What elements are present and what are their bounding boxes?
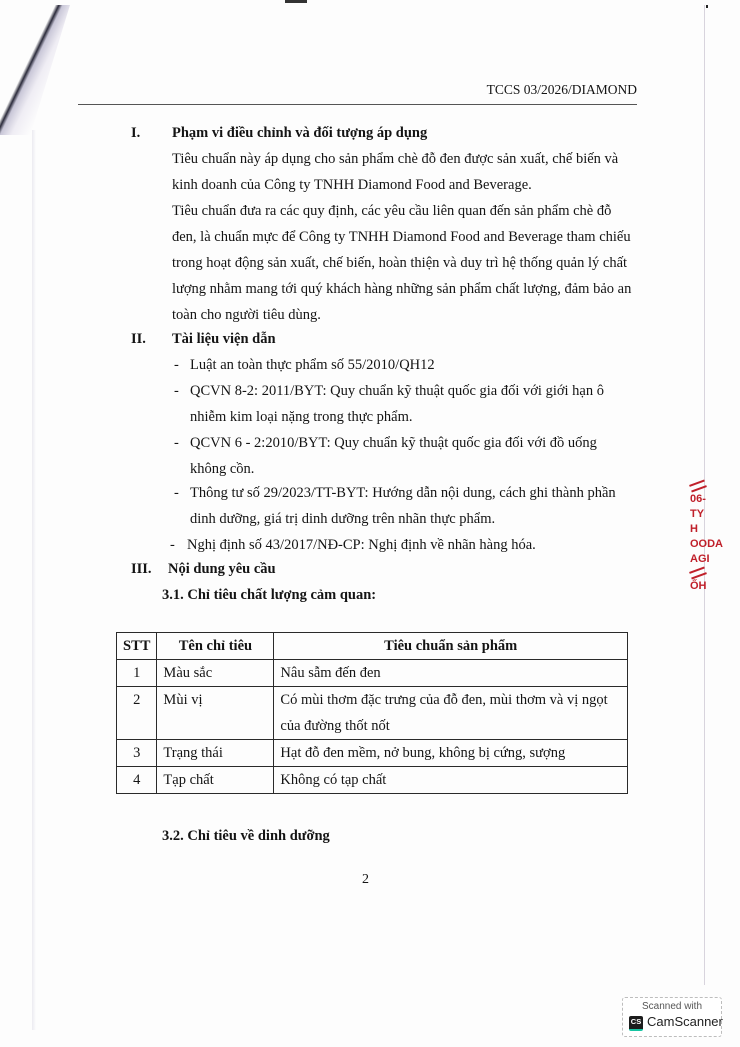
bullet-dash: - — [170, 536, 175, 554]
company-seal-stamp: 06- TY H OODA AGI ỐH — [690, 480, 710, 620]
cell-stt: 4 — [117, 767, 157, 794]
cell-criterion: Màu sắc — [157, 660, 274, 687]
column-header-standard: Tiêu chuẩn sản phẩm — [274, 633, 628, 660]
table-row: 2 Mùi vị Có mùi thơm đặc trưng của đỗ đe… — [117, 687, 628, 740]
cell-criterion: Tạp chất — [157, 767, 274, 794]
page-edge-shadow — [32, 130, 36, 1030]
bullet-dash: - — [174, 382, 179, 400]
section-1-line: Tiêu chuẩn này áp dụng cho sản phẩm chè … — [172, 150, 618, 168]
page-fold-shadow — [0, 5, 70, 135]
section-1-line: trong hoạt động sản xuất, chế biến, hoàn… — [172, 254, 627, 272]
watermark-caption: Scanned with — [623, 1001, 721, 1012]
camscanner-logo-icon: CS — [629, 1016, 643, 1031]
stamp-text: 06- — [690, 492, 710, 507]
table-header-row: STT Tên chỉ tiêu Tiêu chuẩn sản phẩm — [117, 633, 628, 660]
header-rule — [78, 104, 637, 105]
reference-item: QCVN 6 - 2:2010/BYT: Quy chuẩn kỹ thuật … — [190, 434, 597, 452]
section-1-numeral: I. — [131, 124, 140, 142]
reference-item: Nghị định số 43/2017/NĐ-CP: Nghị định về… — [187, 536, 536, 554]
cell-standard: Hạt đỗ đen mềm, nở bung, không bị cứng, … — [274, 740, 628, 767]
cell-criterion: Mùi vị — [157, 687, 274, 740]
section-1-title: Phạm vi điều chỉnh và đối tượng áp dụng — [172, 124, 427, 142]
cell-stt: 2 — [117, 687, 157, 740]
section-1-line: toàn cho người tiêu dùng. — [172, 306, 321, 324]
cell-standard: Không có tạp chất — [274, 767, 628, 794]
section-1-line: kinh doanh của Công ty TNHH Diamond Food… — [172, 176, 532, 194]
table-row: 4 Tạp chất Không có tạp chất — [117, 767, 628, 794]
section-3-numeral: III. — [131, 560, 152, 578]
section-1-line: Tiêu chuẩn đưa ra các quy định, các yêu … — [172, 202, 611, 220]
reference-item-cont: nhiễm kim loại nặng trong thực phẩm. — [190, 408, 413, 426]
sensory-quality-table: STT Tên chỉ tiêu Tiêu chuẩn sản phẩm 1 M… — [116, 632, 628, 794]
stamp-text: ỐH — [690, 579, 710, 594]
bullet-dash: - — [174, 434, 179, 452]
section-2-numeral: II. — [131, 330, 146, 348]
table-row: 1 Màu sắc Nâu sẫm đến đen — [117, 660, 628, 687]
cell-stt: 3 — [117, 740, 157, 767]
stamp-arc — [689, 480, 707, 493]
column-header-stt: STT — [117, 633, 157, 660]
cell-criterion: Trạng thái — [157, 740, 274, 767]
stamp-text: AGI — [690, 552, 710, 567]
stamp-text: H — [690, 522, 710, 537]
cell-standard: Có mùi thơm đặc trưng của đỗ đen, mùi th… — [274, 687, 628, 740]
reference-item-cont: dinh dưỡng, giá trị dinh dưỡng trên nhãn… — [190, 510, 495, 528]
stamp-text: TY — [690, 507, 710, 522]
subsection-3-1-title: 3.1. Chỉ tiêu chất lượng cảm quan: — [162, 586, 376, 604]
bullet-dash: - — [174, 484, 179, 502]
camscanner-watermark: Scanned with CS CamScanner — [622, 997, 722, 1037]
reference-item: QCVN 8-2: 2011/BYT: Quy chuẩn kỹ thuật q… — [190, 382, 604, 400]
reference-item: Luật an toàn thực phẩm số 55/2010/QH12 — [190, 356, 435, 374]
document-code-header: TCCS 03/2026/DIAMOND — [78, 82, 637, 98]
watermark-brand: CamScanner — [647, 1014, 723, 1029]
section-1-line: đen, là chuẩn mực để Công ty TNHH Diamon… — [172, 228, 631, 246]
section-3-title: Nội dung yêu cầu — [168, 560, 276, 578]
cell-stt: 1 — [117, 660, 157, 687]
subsection-3-2-title: 3.2. Chỉ tiêu về dinh dưỡng — [162, 827, 330, 845]
page-number: 2 — [362, 872, 369, 888]
column-header-criterion: Tên chỉ tiêu — [157, 633, 274, 660]
section-1-line: lượng nhằm mang tới quý khách hàng những… — [172, 280, 631, 298]
stamp-arc — [689, 567, 707, 580]
cell-standard: Nâu sẫm đến đen — [274, 660, 628, 687]
bullet-dash: - — [174, 356, 179, 374]
scan-artifact-top — [285, 0, 307, 3]
section-2-title: Tài liệu viện dẫn — [172, 330, 276, 348]
stamp-text: OODA — [690, 537, 710, 552]
reference-item-cont: không cồn. — [190, 460, 254, 478]
scan-artifact-dot — [706, 5, 708, 8]
table-row: 3 Trạng thái Hạt đỗ đen mềm, nở bung, kh… — [117, 740, 628, 767]
reference-item: Thông tư số 29/2023/TT-BYT: Hướng dẫn nộ… — [190, 484, 616, 502]
